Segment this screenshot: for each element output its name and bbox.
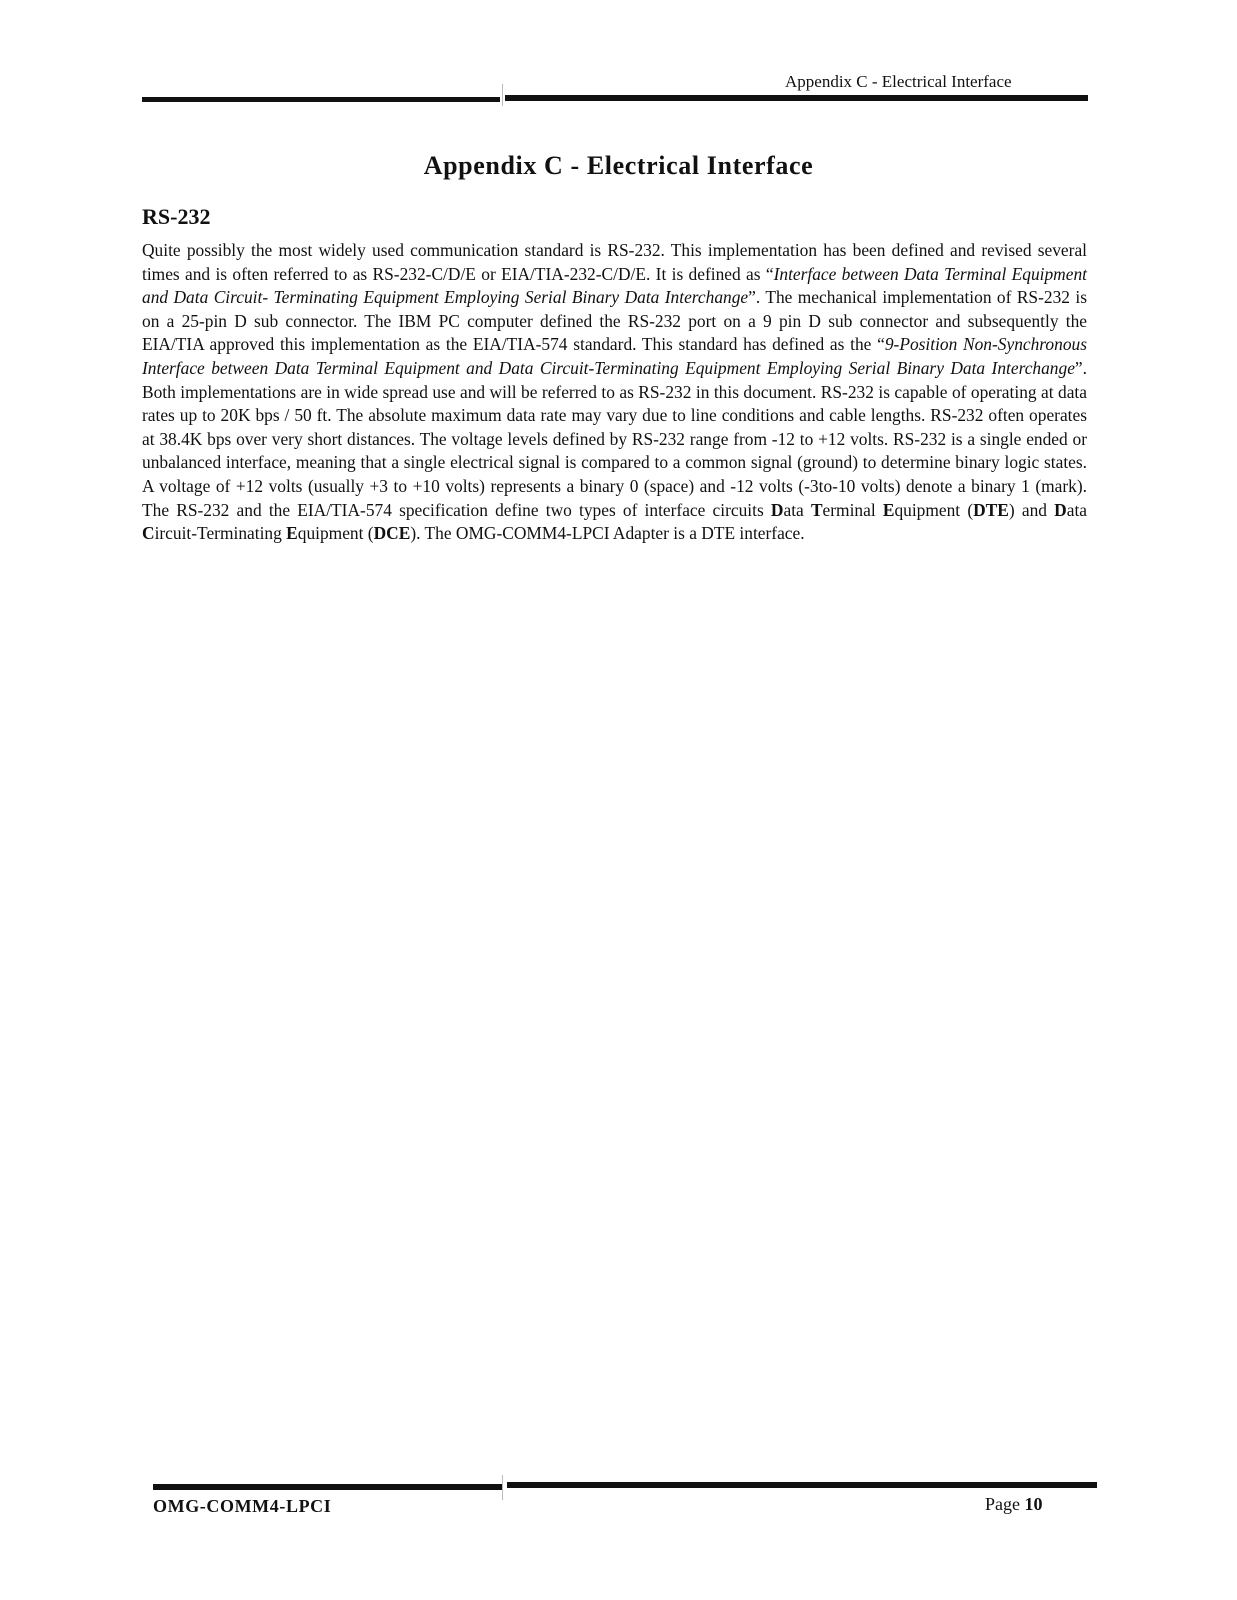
page-number: 10: [1025, 1494, 1043, 1514]
text-run-bold: D: [1054, 500, 1067, 520]
text-run-normal: ) and: [1009, 500, 1054, 520]
text-run-normal: ). The OMG-COMM4-LPCI Adapter is a DTE i…: [410, 523, 804, 543]
footer-product-name: OMG-COMM4-LPCI: [153, 1496, 331, 1517]
body-paragraph: Quite possibly the most widely used comm…: [142, 239, 1087, 546]
text-run-bold: DCE: [374, 523, 411, 543]
page-title: Appendix C - Electrical Interface: [0, 151, 1237, 181]
section-heading: RS-232: [142, 204, 210, 230]
text-run-bold: E: [286, 523, 298, 543]
footer-page-number: Page 10: [985, 1494, 1043, 1515]
text-run-normal: quipment (: [894, 500, 973, 520]
header-rule-left: [142, 97, 500, 102]
text-run-bold: D: [771, 500, 784, 520]
scan-fold-line: [502, 1475, 503, 1500]
text-run-normal: erminal: [823, 500, 883, 520]
text-run-normal: ircuit-Terminating: [155, 523, 287, 543]
text-run-bold: C: [142, 523, 155, 543]
text-run-normal: ata: [1067, 500, 1087, 520]
text-run-bold: DTE: [973, 500, 1009, 520]
text-run-bold: T: [811, 500, 823, 520]
footer-rule-right: [507, 1482, 1097, 1488]
text-run-normal: quipment (: [298, 523, 374, 543]
header-rule-right: [505, 95, 1088, 101]
running-header-title: Appendix C - Electrical Interface: [785, 72, 1012, 92]
footer-rule-left: [153, 1484, 503, 1490]
text-run-normal: ata: [783, 500, 810, 520]
page-label: Page: [985, 1494, 1025, 1514]
text-run-normal: ”. Both implementations are in wide spre…: [142, 358, 1087, 520]
text-run-bold: E: [883, 500, 895, 520]
scan-fold-line: [502, 84, 503, 106]
